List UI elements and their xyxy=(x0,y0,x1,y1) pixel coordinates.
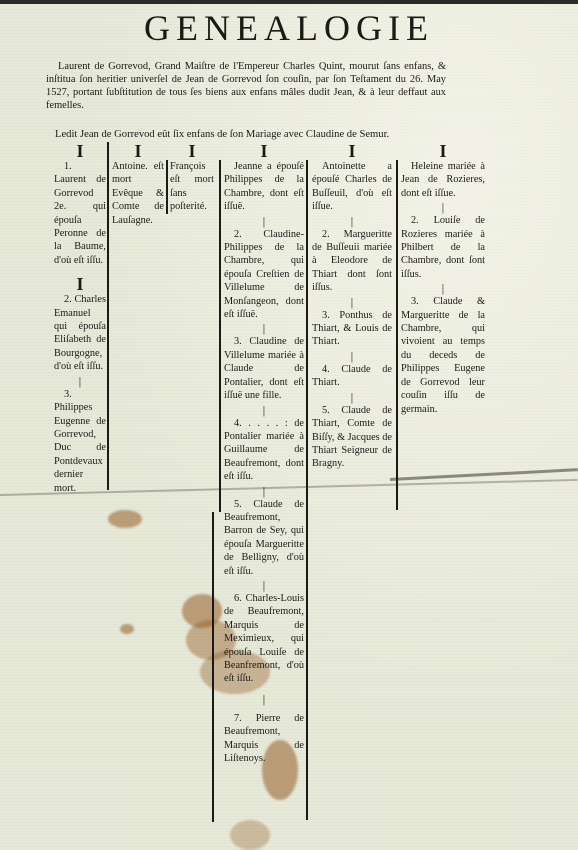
scan-border xyxy=(0,0,578,4)
connector: | xyxy=(312,390,392,404)
page-title: GENEALOGIE xyxy=(0,8,578,48)
connector: | xyxy=(224,214,304,228)
stain xyxy=(120,624,134,634)
stain xyxy=(230,820,270,850)
column-6: I Heleine mariée à Jean de Rozieres, don… xyxy=(401,142,485,416)
entry: 3. Claude & Margueritte de la Chambre, q… xyxy=(401,295,485,416)
connector: | xyxy=(224,403,304,417)
entry: Antoinette a épouſé Charles de Buſſeuil,… xyxy=(312,160,392,214)
connector: | xyxy=(312,349,392,363)
connector: | xyxy=(54,374,106,388)
connector: | xyxy=(401,281,485,295)
entry: 2. Louiſe de Rozieres mariée à Philbert … xyxy=(401,214,485,281)
entry: 3. Ponthus de Thiart, & Louis de Thiart. xyxy=(312,309,392,349)
branch-marker: I xyxy=(54,142,106,160)
branch-marker: I xyxy=(54,275,106,293)
branch-marker: I xyxy=(170,142,214,160)
entry: 4. . . . . : de Pontalier mariée à Guill… xyxy=(224,417,304,484)
connector: | xyxy=(401,200,485,214)
lead-sentence: Ledit Jean de Gorrevod eût ſix enfans de… xyxy=(55,128,515,141)
intro-paragraph: Laurent de Gorrevod, Grand Maiſtre de l'… xyxy=(46,60,446,112)
column-rule xyxy=(107,142,109,490)
column-2: I Antoine. eſt mort Evêque & Comte de La… xyxy=(112,142,164,227)
entry: 1. Laurent de Gorrevod 2e. qui épouſa Pe… xyxy=(54,160,106,267)
column-4: I Jeanne a épouſé Philippes de la Chambr… xyxy=(224,142,304,765)
entry: 3. Claudine de Villelume mariée à Claude… xyxy=(224,335,304,402)
connector: | xyxy=(224,578,304,592)
connector: | xyxy=(224,321,304,335)
entry: Jeanne a épouſé Philippes de la Chambre,… xyxy=(224,160,304,214)
column-rule xyxy=(166,160,168,214)
entry: 6. Charles-Louis de Beaufremont, Marquis… xyxy=(224,592,304,686)
entry: 4. Claude de Thiart. xyxy=(312,363,392,390)
entry: François eſt mort ſans poſterité. xyxy=(170,160,214,214)
column-rule xyxy=(306,160,308,820)
entry: 5. Claude de Thiart, Comte de Biſſy, & J… xyxy=(312,404,392,471)
connector: | xyxy=(312,214,392,228)
connector: | xyxy=(224,484,304,498)
column-1: I 1. Laurent de Gorrevod 2e. qui épouſa … xyxy=(54,142,106,495)
stain xyxy=(108,510,142,528)
column-rule xyxy=(219,160,221,512)
branch-marker: I xyxy=(224,142,304,160)
entry: 5. Claude de Beaufremont, Barron de Sey,… xyxy=(224,498,304,578)
branch-marker: I xyxy=(112,142,164,160)
column-rule xyxy=(396,160,398,510)
entry: 2. Margueritte de Buſſeuii mariée à Eleo… xyxy=(312,228,392,295)
entry: 2. Claudine-Philippes de la Chambre, qui… xyxy=(224,228,304,322)
branch-marker: I xyxy=(312,142,392,160)
entry: 7. Pierre de Beaufremont, Marquis de Liſ… xyxy=(224,712,304,766)
column-rule xyxy=(212,512,214,822)
entry: Heleine mariée à Jean de Rozieres, dont … xyxy=(401,160,485,200)
connector: | xyxy=(224,692,304,706)
entry: Antoine. eſt mort Evêque & Comte de Lauſ… xyxy=(112,160,164,227)
branch-marker: I xyxy=(401,142,485,160)
connector: | xyxy=(312,295,392,309)
column-5: I Antoinette a épouſé Charles de Buſſeui… xyxy=(312,142,392,471)
entry: 3. Philippes Eugenne de Gorrevod, Duc de… xyxy=(54,388,106,495)
entry: 2. Charles Emanuel qui épouſa Eliſabeth … xyxy=(54,293,106,373)
column-3: I François eſt mort ſans poſterité. xyxy=(170,142,214,214)
